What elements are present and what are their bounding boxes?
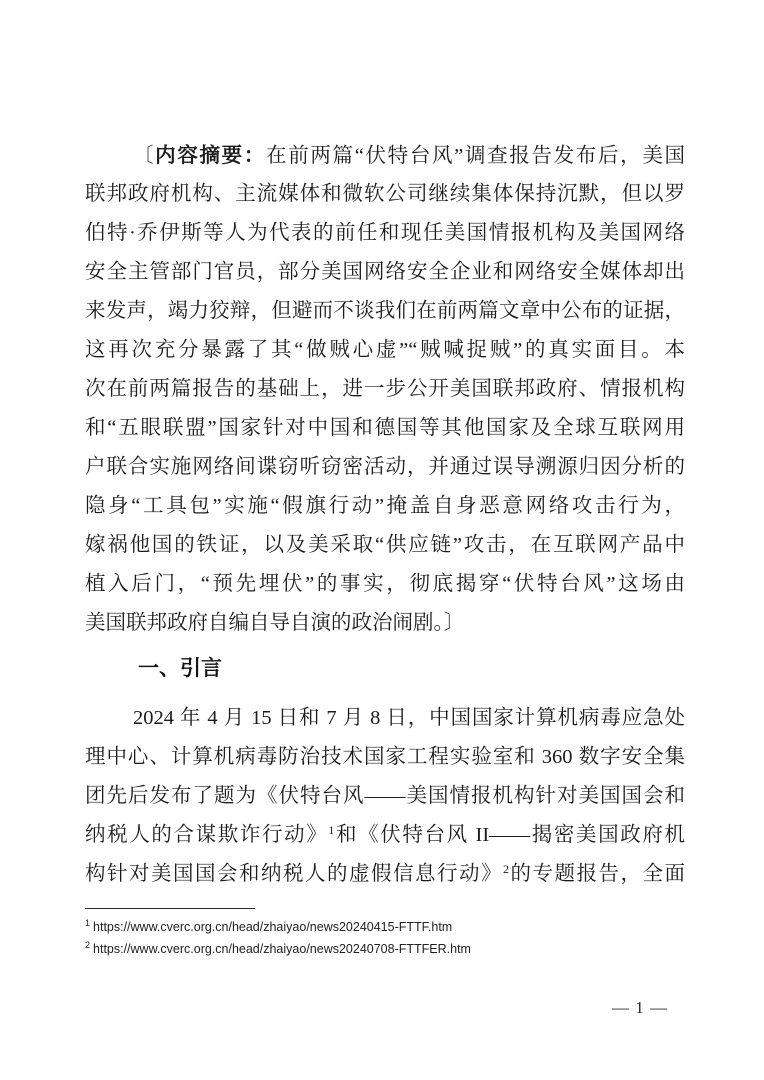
text-segment: 构针对美国国会和纳税人的虚假信息行动》 <box>85 863 503 885</box>
text-segment: 伯特·乔伊斯等人为代表的前任和现任美国情报机构及美国网络 <box>85 222 685 244</box>
text-segment: 嫁祸他国的铁证，以及美采取“供应链”攻击，在互联网产品中 <box>85 534 685 556</box>
footnote: 1https://www.cverc.org.cn/head/zhaiyao/n… <box>85 916 685 938</box>
intro-paragraph: 2024 年 4 月 15 日和 7 月 8 日，中国国家计算机病毒应急处理中心… <box>85 699 685 894</box>
text-line: 这再次充分暴露了其“做贼心虚”“贼喊捉贼”的真实面目。本 <box>85 331 685 370</box>
text-line: 和“五眼联盟”国家针对中国和德国等其他国家及全球互联网用 <box>85 409 685 448</box>
text-line: 〔内容摘要：在前两篇“伏特台风”调查报告发布后，美国 <box>85 136 685 175</box>
text-segment: 在前两篇“伏特台风”调查报告发布后，美国 <box>266 145 685 167</box>
text-segment: 来发声，竭力狡辩，但避而不谈我们在前两篇文章中公布的证据， <box>85 300 685 322</box>
page-content: 〔内容摘要：在前两篇“伏特台风”调查报告发布后，美国联邦政府机构、主流媒体和微软… <box>85 136 685 960</box>
section-heading-introduction: 一、引言 <box>138 649 685 688</box>
footnote-number: 2 <box>85 940 90 950</box>
text-segment: 联邦政府机构、主流媒体和微软公司继续集体保持沉默，但以罗 <box>85 183 685 205</box>
footnote-number: 1 <box>85 918 90 928</box>
text-line: 植入后门，“预先埋伏”的事实，彻底揭穿“伏特台风”这场由 <box>85 565 685 604</box>
text-segment: 户联合实施网络间谍窃听窃密活动，并通过误导溯源归因分析的 <box>85 456 685 478</box>
text-segment: 这再次充分暴露了其“做贼心虚”“贼喊捉贼”的真实面目。本 <box>85 339 685 361</box>
text-segment: 〔 <box>133 145 155 167</box>
footnote: 2https://www.cverc.org.cn/head/zhaiyao/n… <box>85 938 685 960</box>
text-line: 户联合实施网络间谍窃听窃密活动，并通过误导溯源归因分析的 <box>85 448 685 487</box>
footnote-url: https://www.cverc.org.cn/head/zhaiyao/ne… <box>93 942 471 956</box>
text-line: 伯特·乔伊斯等人为代表的前任和现任美国情报机构及美国网络 <box>85 214 685 253</box>
text-segment: 安全主管部门官员，部分美国网络安全企业和网络安全媒体却出 <box>85 261 685 283</box>
text-segment: 2024 年 4 月 15 日和 7 月 8 日，中国国家计算机病毒应急处 <box>133 707 685 729</box>
text-line: 构针对美国国会和纳税人的虚假信息行动》2的专题报告，全面 <box>85 855 685 894</box>
text-segment: 纳税人的合谋欺诈行动》 <box>85 824 328 846</box>
text-line: 隐身“工具包”实施“假旗行动”掩盖自身恶意网络攻击行为， <box>85 487 685 526</box>
footnote-divider <box>85 908 255 909</box>
text-segment: 和“五眼联盟”国家针对中国和德国等其他国家及全球互联网用 <box>85 417 685 439</box>
document-page: 〔内容摘要：在前两篇“伏特台风”调查报告发布后，美国联邦政府机构、主流媒体和微软… <box>0 0 764 1080</box>
footnote-url: https://www.cverc.org.cn/head/zhaiyao/ne… <box>93 920 452 934</box>
text-segment: 美国联邦政府自编自导自演的政治闹剧。〕 <box>85 612 464 634</box>
text-line: 理中心、计算机病毒防治技术国家工程实验室和 360 数字安全集 <box>85 738 685 777</box>
text-segment: 植入后门，“预先埋伏”的事实，彻底揭穿“伏特台风”这场由 <box>85 573 685 595</box>
footnote-list: 1https://www.cverc.org.cn/head/zhaiyao/n… <box>85 916 685 960</box>
text-line: 次在前两篇报告的基础上，进一步公开美国联邦政府、情报机构 <box>85 370 685 409</box>
text-line: 安全主管部门官员，部分美国网络安全企业和网络安全媒体却出 <box>85 253 685 292</box>
text-line: 美国联邦政府自编自导自演的政治闹剧。〕 <box>85 604 685 643</box>
summary-paragraph: 〔内容摘要：在前两篇“伏特台风”调查报告发布后，美国联邦政府机构、主流媒体和微软… <box>85 136 685 643</box>
text-line: 团先后发布了题为《伏特台风——美国情报机构针对美国国会和 <box>85 777 685 816</box>
text-segment: 的专题报告，全面 <box>509 863 685 885</box>
text-segment: 次在前两篇报告的基础上，进一步公开美国联邦政府、情报机构 <box>85 378 685 400</box>
text-line: 纳税人的合谋欺诈行动》1和《伏特台风 II——揭密美国政府机 <box>85 816 685 855</box>
text-line: 嫁祸他国的铁证，以及美采取“供应链”攻击，在互联网产品中 <box>85 526 685 565</box>
text-line: 2024 年 4 月 15 日和 7 月 8 日，中国国家计算机病毒应急处 <box>85 699 685 738</box>
footnote-area: 1https://www.cverc.org.cn/head/zhaiyao/n… <box>85 908 685 960</box>
text-segment: 隐身“工具包”实施“假旗行动”掩盖自身恶意网络攻击行为， <box>85 495 685 517</box>
page-number: — 1 — <box>612 995 668 1021</box>
text-segment: 理中心、计算机病毒防治技术国家工程实验室和 360 数字安全集 <box>85 746 685 768</box>
text-line: 来发声，竭力狡辩，但避而不谈我们在前两篇文章中公布的证据， <box>85 292 685 331</box>
summary-label: 内容摘要： <box>155 144 266 167</box>
text-line: 联邦政府机构、主流媒体和微软公司继续集体保持沉默，但以罗 <box>85 175 685 214</box>
text-segment: 和《伏特台风 II——揭密美国政府机 <box>334 824 685 846</box>
text-segment: 团先后发布了题为《伏特台风——美国情报机构针对美国国会和 <box>85 785 685 807</box>
